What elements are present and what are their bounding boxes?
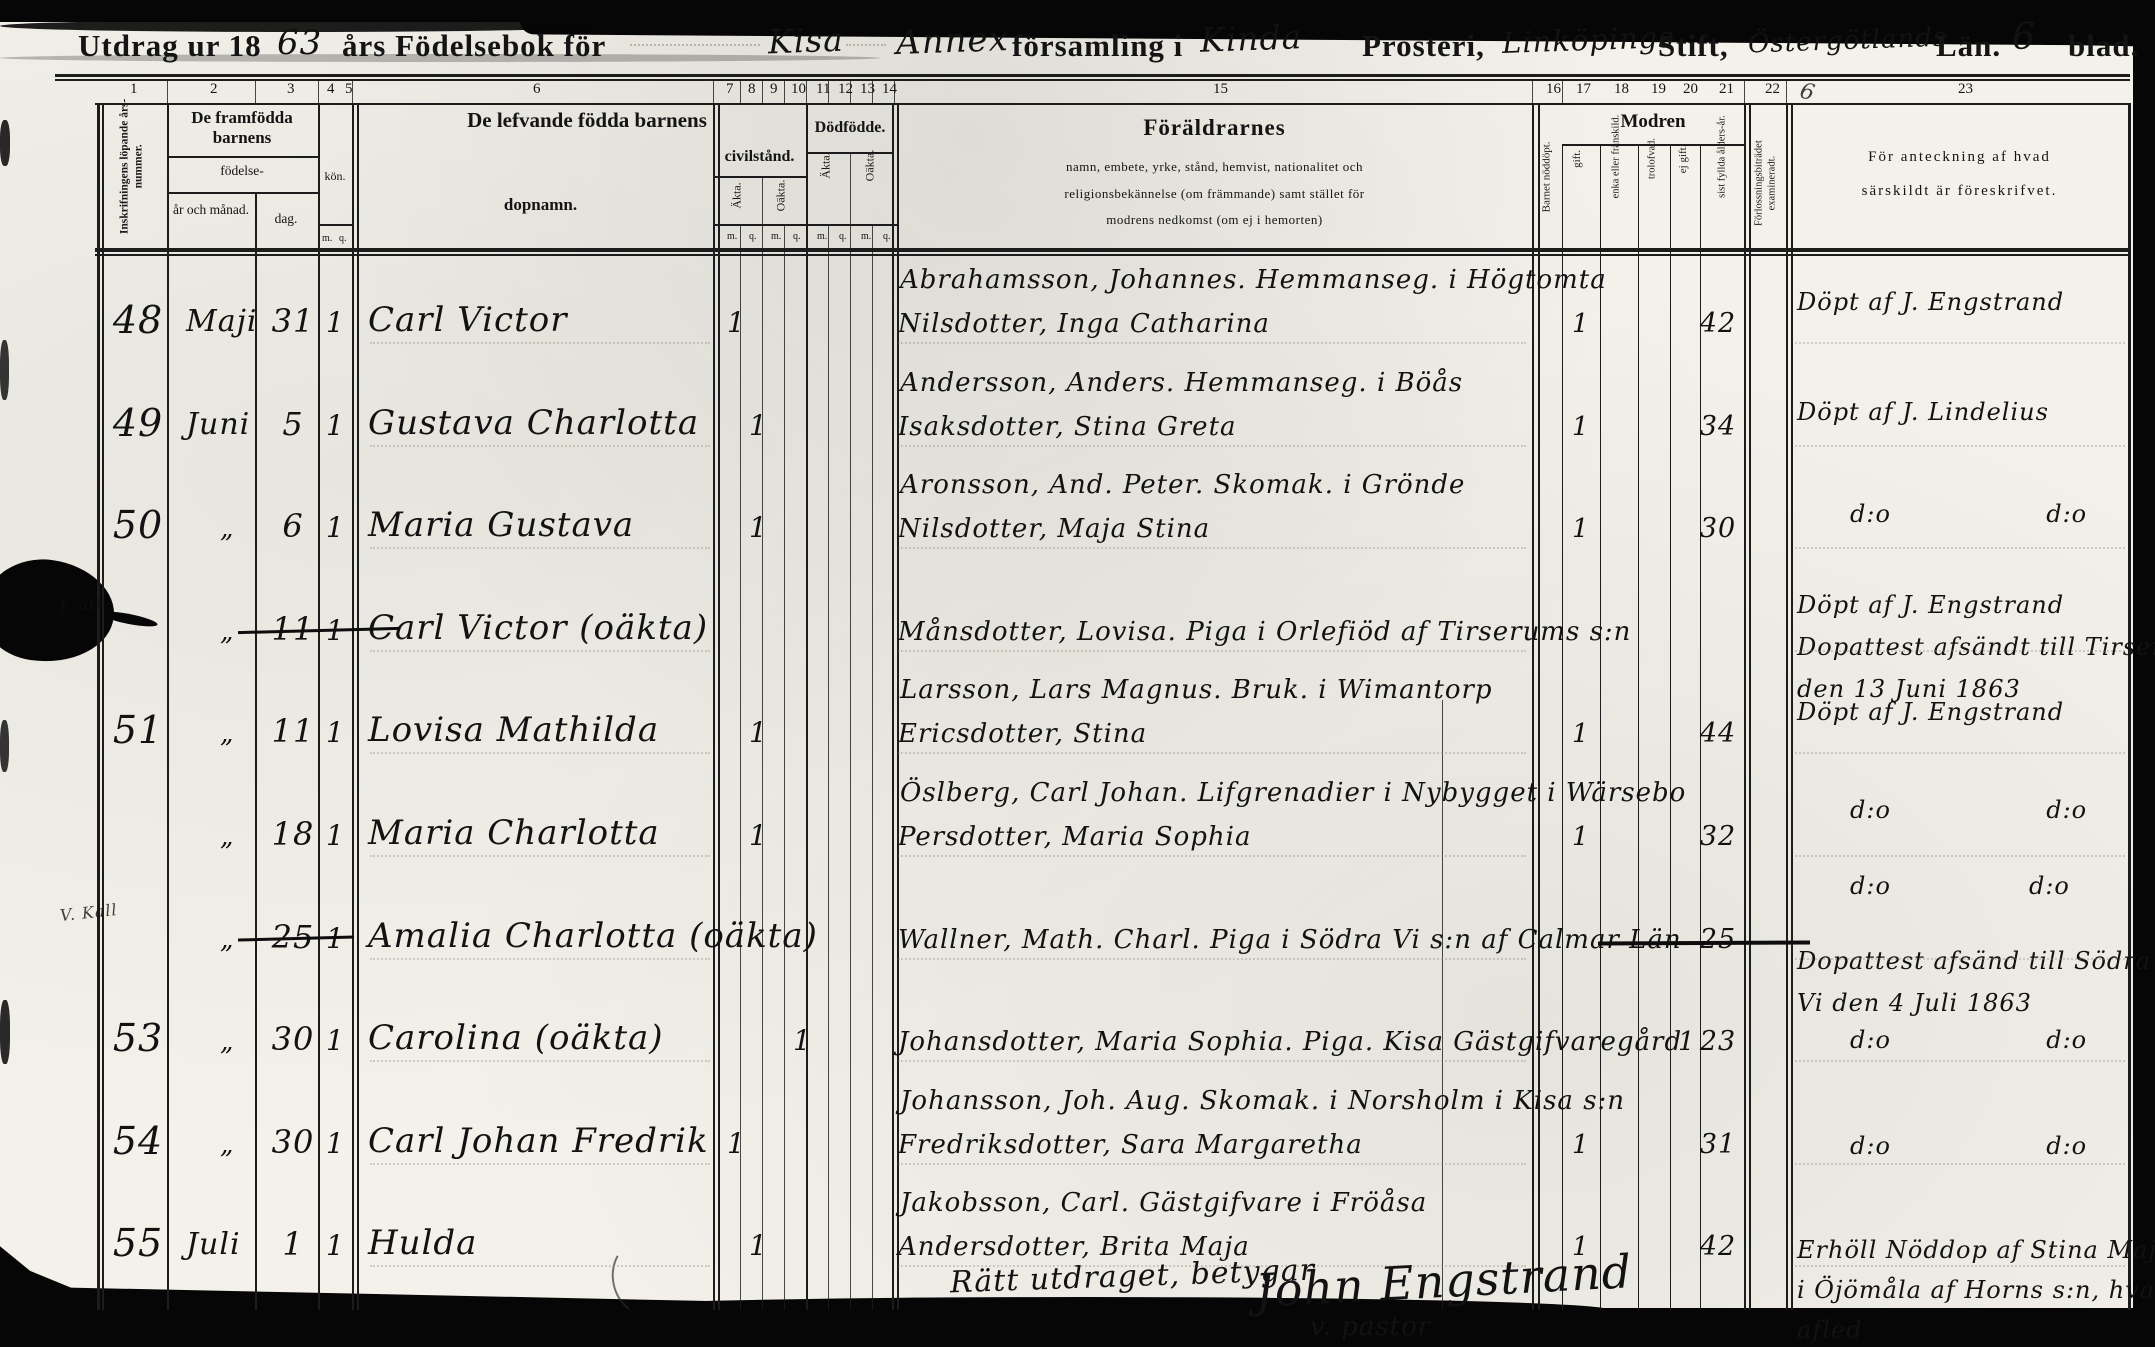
mother-name: Persdotter, Maria Sophia [898, 824, 1251, 850]
sex-mark: 1 [326, 822, 345, 850]
mother-age: 34 [1695, 413, 1741, 440]
dotted-leader-mother [898, 855, 1526, 857]
dotted-leader-note [1795, 650, 2125, 652]
vertical-rule-5 [352, 103, 354, 1310]
entry-number: 51 [108, 711, 168, 749]
note-line: Döpt af J. Lindelius [1797, 400, 2049, 424]
column-number-tick-7 [784, 80, 785, 103]
father-name: Abrahamsson, Johannes. Hemmanseg. i Högt… [900, 267, 1607, 293]
note-line: Erhöll Nöddop af Stina Maja Bengtsd:r [1797, 1238, 2155, 1262]
dotted-leader-mother [898, 1163, 1526, 1165]
mother-name: Nilsdotter, Inga Catharina [898, 311, 1270, 337]
mother-name: Fredriksdotter, Sara Margaretha [898, 1132, 1363, 1158]
horizontal-rule-2 [95, 103, 2130, 105]
column-number-tick-14 [1562, 80, 1563, 103]
vertical-rule-30 [2128, 103, 2131, 1310]
horizontal-rule-4 [167, 192, 318, 194]
child-name: Carl Johan Fredrik [368, 1124, 709, 1158]
vertical-rule-21 [1562, 144, 1563, 1310]
entry-number: 48 [108, 301, 168, 339]
dotted-leader-mother [898, 650, 1526, 652]
vertical-rule-15 [872, 224, 873, 1310]
dotted-leader-mother [898, 342, 1526, 344]
column-number: 3 [287, 82, 295, 97]
horizontal-rule-0 [55, 74, 2130, 77]
child-name: Maria Charlotta [368, 816, 660, 850]
header-dodfodde: Dödfödde. [806, 120, 894, 136]
note-line: i Öjömåla af Horns s:n, hvarefter barnet [1797, 1278, 2155, 1302]
vertical-rule-12 [806, 103, 808, 1310]
header-ar-manad: år och månad. [169, 201, 253, 219]
column-number: 1 [130, 82, 138, 97]
entry-number: 53 [108, 1019, 168, 1057]
mother-status-mark: 1 [1572, 1132, 1590, 1158]
vertical-rule-23 [1638, 144, 1639, 1310]
birth-day: 11 [258, 715, 328, 747]
birth-day: 31 [258, 305, 328, 337]
birth-month: Juni [186, 410, 250, 440]
birth-month: „ [220, 1132, 234, 1158]
dotted-leader-note [1795, 1265, 2125, 1267]
pastor-title: v. pastor [1310, 1314, 1431, 1340]
mother-age: 44 [1695, 720, 1741, 747]
header-mq-mark: q. [839, 232, 847, 242]
dotted-leader-mother [898, 752, 1526, 754]
column-number: 7 [726, 82, 734, 97]
dotted-leader-note [1795, 1163, 2125, 1165]
horizontal-rule-11 [95, 254, 2130, 256]
dotted-leader-note [1795, 752, 2125, 754]
father-name: Jakobsson, Carl. Gästgifvare i Fröåsa [900, 1190, 1427, 1216]
mother-age: 42 [1695, 310, 1741, 337]
vertical-rule-7 [713, 103, 715, 1310]
left-edge-mark3 [0, 720, 9, 772]
vertical-rule-1 [102, 103, 104, 1310]
mother-status-mark: 1 [1572, 721, 1590, 747]
horizontal-rule-1 [55, 79, 2130, 81]
strike-line-age [1598, 940, 1810, 945]
child-name: Amalia Charlotta (oäkta) [368, 919, 818, 953]
title-dotted-line1 [630, 44, 760, 46]
horizontal-rule-6 [713, 176, 806, 178]
father-name: Öslberg, Carl Johan. Lifgrenadier i Nyby… [900, 780, 1686, 806]
header-framfodda: De framfödda barnens [167, 108, 317, 149]
header-oakta-civil-vertical: Oäkta. [774, 166, 789, 226]
title-printed-6: Län. [1936, 30, 2001, 61]
birth-day: 5 [258, 408, 328, 440]
sex-mark: 1 [326, 1130, 345, 1158]
title-county-name: Östergötlands [1748, 25, 1948, 58]
header-civilstand: civilstånd. [713, 149, 806, 165]
birth-day: 30 [258, 1126, 328, 1158]
mother-age: 30 [1695, 515, 1741, 542]
legitimacy-mark: 1 [749, 822, 768, 850]
title-printed-3: församling i [1012, 30, 1183, 61]
horizontal-rule-9 [1562, 144, 1744, 146]
birth-month: „ [220, 619, 234, 645]
column-number-tick-11 [872, 80, 873, 103]
column-number: 2 [210, 82, 218, 97]
dotted-leader-note [1795, 958, 2125, 960]
column-number-tick-0 [167, 80, 168, 103]
header-mq-mark: q. [749, 232, 757, 242]
birth-day: 30 [258, 1023, 328, 1055]
note-line: d:o d:o [1850, 874, 2070, 898]
dotted-leader-name [370, 445, 710, 447]
header-forlossning-vertical: Förlossningsbiträdet examineradt. [1752, 116, 1778, 251]
dotted-leader-name [370, 1265, 710, 1267]
note-line: d:o d:o [1850, 1028, 2087, 1052]
mother-status-mark: 1 [1572, 824, 1590, 850]
header-mq-mark: m. [771, 232, 781, 242]
father-name: Andersson, Anders. Hemmanseg. i Böås [900, 370, 1463, 396]
header-pen-flourish: 6 [1798, 81, 1818, 106]
dotted-leader-note [1795, 855, 2125, 857]
header-akta-dodf-vertical: Äkta. [819, 136, 834, 196]
header-col1-vertical-label: Inskrifningens löpande års-nummer. [118, 91, 147, 241]
child-name: Maria Gustava [368, 508, 634, 542]
note-line: Vi den 4 Juli 1863 [1797, 991, 2032, 1015]
birth-day: 6 [258, 510, 328, 542]
mother-status-mark: 1 [1678, 1029, 1696, 1055]
entry-number: 49 [108, 404, 168, 442]
vertical-rule-28 [1786, 103, 1788, 1310]
title-printed-2: års Födelsebok för [342, 30, 606, 61]
child-name: Hulda [368, 1226, 477, 1260]
left-edge-mark2 [0, 340, 9, 400]
title-annex: Annex [895, 22, 1009, 60]
column-number-tick-8 [806, 80, 807, 103]
vertical-rule-0 [97, 103, 100, 1310]
vertical-rule-14 [850, 152, 851, 1310]
header-fodelse: födelse- [167, 164, 317, 178]
header-foraldrarnes: Föräldrarnes [897, 116, 1532, 139]
header-parents-line1: namn, embete, yrke, stånd, hemvist, nati… [897, 160, 1532, 173]
column-number: 23 [1958, 82, 1973, 97]
left-edge-mark4 [0, 1000, 10, 1064]
vertical-rule-24 [1670, 144, 1671, 1310]
vertical-rule-27 [1749, 103, 1751, 1310]
note-line: d:o d:o [1850, 502, 2087, 526]
header-kon-m: m. [322, 234, 332, 244]
sex-mark: 1 [326, 309, 345, 337]
vertical-rule-29 [1791, 103, 1793, 1310]
column-number-tick-4 [713, 80, 714, 103]
scanned-birth-record-page: Utdrag ur 18 63 års Födelsebok för Kisa … [0, 0, 2155, 1347]
sex-mark: 1 [326, 412, 345, 440]
legitimacy-mark: 1 [749, 1232, 768, 1260]
column-number-tick-10 [850, 80, 851, 103]
dotted-leader-mother [898, 958, 1526, 960]
legitimacy-mark: 1 [749, 514, 768, 542]
sex-mark: 1 [326, 514, 345, 542]
header-ejgift-vertical: ej gift. [1677, 114, 1691, 204]
note-line: d:o d:o [1850, 1134, 2087, 1158]
column-number-tick-1 [255, 80, 256, 103]
header-mq-mark: q. [883, 232, 891, 242]
legitimacy-mark: 1 [749, 412, 768, 440]
dotted-leader-note [1795, 1060, 2125, 1062]
left-edge-mark1 [0, 120, 10, 166]
header-parents-line2: religionsbekännelse (om främmande) samt … [897, 187, 1532, 200]
column-number-tick-5 [740, 80, 741, 103]
column-number: 6 [533, 82, 541, 97]
entry-number: 54 [108, 1122, 168, 1160]
birth-month: „ [220, 516, 234, 542]
note-line: Dopattest afsändt till Tirserum [1797, 635, 2155, 659]
column-number-tick-15 [1744, 80, 1745, 103]
title-district-name: Kinda [1199, 20, 1302, 57]
margin-note: V. Kall [59, 902, 118, 924]
title-printed-7: blad. [2068, 30, 2139, 61]
dotted-leader-name [370, 342, 710, 344]
horizontal-rule-5 [318, 224, 354, 226]
mother-name: Nilsdotter, Maja Stina [898, 516, 1210, 542]
header-mq-mark: m. [861, 232, 871, 242]
mother-status-mark: 1 [1572, 414, 1590, 440]
column-number: 8 [748, 82, 756, 97]
sex-mark: 1 [326, 1027, 345, 1055]
column-number: 20 [1683, 82, 1698, 97]
title-dotted-line2 [846, 44, 886, 46]
note-line: Dopattest afsänd till Södra [1797, 949, 2151, 973]
column-number-tick-12 [894, 80, 895, 103]
vertical-rule-17 [897, 103, 899, 1310]
dotted-leader-mother [898, 547, 1526, 549]
header-col23-line2: särskildt är föreskrifvet. [1791, 184, 2128, 199]
column-number-tick-3 [352, 80, 353, 103]
note-line: Döpt af J. Engstrand [1797, 593, 2064, 617]
title-diocese-name: Linköpings [1502, 23, 1675, 58]
header-trolofvad-vertical: trolofvad. [1645, 111, 1658, 207]
mother-age: 32 [1695, 823, 1741, 850]
mother-name: Johansdotter, Maria Sophia. Piga. Kisa G… [898, 1029, 1682, 1055]
header-akta-civil-vertical: Äkta. [730, 166, 745, 226]
title-parish-name: Kisa [767, 23, 844, 59]
column-number: 10 [791, 82, 806, 97]
vertical-rule-16 [892, 103, 894, 1310]
vertical-rule-6 [357, 103, 359, 1310]
title-printed-4: Prosteri, [1362, 30, 1485, 61]
dotted-leader-name [370, 855, 710, 857]
column-number-tick-13 [1532, 80, 1533, 103]
mother-name: Ericsdotter, Stina [898, 721, 1147, 747]
column-number: 16 [1546, 82, 1561, 97]
birth-month: „ [220, 721, 234, 747]
dotted-leader-mother [898, 1060, 1526, 1062]
birth-day: 1 [258, 1228, 328, 1260]
column-number: 19 [1651, 82, 1666, 97]
column-number-tick-16 [1786, 80, 1787, 103]
header-gift-vertical: gift. [1571, 114, 1585, 204]
dotted-leader-name [370, 547, 710, 549]
note-line: afled [1797, 1318, 1862, 1342]
column-number-tick-9 [828, 80, 829, 103]
column-number-tick-6 [762, 80, 763, 103]
child-name: Carolina (oäkta) [368, 1021, 664, 1055]
header-mq-mark: m. [817, 232, 827, 242]
mother-name: Isaksdotter, Stina Greta [898, 414, 1237, 440]
child-name: Carl Victor (oäkta) [368, 611, 708, 645]
child-name: Lovisa Mathilda [368, 713, 659, 747]
vertical-rule-8 [718, 103, 720, 1310]
birth-month: Maji [186, 307, 258, 337]
header-parents-line3: modrens nedkomst (om ej i hemorten) [897, 213, 1532, 226]
header-enka-vertical: enka eller frånskild. [1609, 109, 1622, 205]
scan-edge-right [2133, 0, 2155, 1347]
column-number: 15 [1213, 82, 1228, 97]
father-name: Aronsson, And. Peter. Skomak. i Grönde [900, 472, 1465, 498]
legitimacy-mark: 1 [727, 309, 746, 337]
mother-age: 31 [1695, 1131, 1741, 1158]
mother-name: Wallner, Math. Charl. Piga i Södra Vi s:… [898, 927, 1682, 953]
dotted-leader-note [1795, 547, 2125, 549]
horizontal-rule-3 [167, 156, 318, 158]
entry-number: 55 [108, 1224, 168, 1262]
dotted-leader-mother [898, 445, 1526, 447]
dotted-leader-name [370, 650, 710, 652]
vertical-rule-22 [1600, 144, 1601, 1310]
header-mq-mark: q. [793, 232, 801, 242]
dotted-leader-name [370, 1163, 710, 1165]
legitimacy-mark: 1 [793, 1027, 812, 1055]
column-number: 9 [770, 82, 778, 97]
birth-month: „ [220, 824, 234, 850]
mother-status-mark: 1 [1572, 516, 1590, 542]
entry-number: 50 [108, 506, 168, 544]
birth-month: Juli [186, 1230, 241, 1260]
title-printed-1: Utdrag ur 18 [78, 30, 262, 61]
sex-mark: 1 [326, 1232, 345, 1260]
child-name: Gustava Charlotta [368, 406, 699, 440]
note-line: Döpt af J. Engstrand [1797, 700, 2064, 724]
father-name: Larsson, Lars Magnus. Bruk. i Wimantorp [900, 677, 1493, 703]
dotted-leader-note [1795, 445, 2125, 447]
mother-age: 42 [1695, 1233, 1741, 1260]
column-number-tick-2 [318, 80, 319, 103]
vertical-rule-3 [255, 192, 257, 1310]
margin-note: f. att [59, 595, 104, 616]
header-barnet-vertical: Barnet nöddöpt. [1541, 109, 1555, 244]
header-mq-mark: m. [727, 232, 737, 242]
header-dag: dag. [255, 212, 317, 226]
title-year-handwritten: 63 [277, 26, 322, 60]
header-col23-line1: För anteckning af hvad [1791, 150, 2128, 165]
legitimacy-mark: 1 [749, 719, 768, 747]
header-lefvande: De lefvande födda barnens [368, 110, 806, 131]
column-number: 21 [1719, 82, 1734, 97]
sex-mark: 1 [326, 719, 345, 747]
father-name: Johansson, Joh. Aug. Skomak. i Norsholm … [900, 1088, 1625, 1114]
note-line: d:o d:o [1850, 798, 2087, 822]
dotted-leader-name [370, 752, 710, 754]
mother-age: 23 [1695, 1028, 1741, 1055]
legitimacy-mark: 1 [727, 1130, 746, 1158]
header-dopnamn: dopnamn. [368, 196, 713, 213]
column-number: 17 [1576, 82, 1591, 97]
column-number: 4 [327, 82, 335, 97]
birth-day: 18 [258, 818, 328, 850]
child-name: Carl Victor [368, 303, 567, 337]
vertical-rule-26 [1744, 103, 1746, 1310]
dotted-leader-note [1795, 342, 2125, 344]
header-kon-q: q. [339, 234, 347, 244]
mother-name: Månsdotter, Lovisa. Piga i Orlefiöd af T… [898, 619, 1631, 645]
title-printed-5: Stift, [1658, 30, 1729, 61]
dotted-leader-name [370, 958, 710, 960]
dotted-leader-name [370, 1060, 710, 1062]
vertical-rule-11 [784, 224, 785, 1310]
horizontal-rule-10 [95, 248, 2130, 252]
column-number: 22 [1765, 82, 1780, 97]
title-sheet-number: 6 [2012, 20, 2036, 56]
header-oakta-dodf-vertical: Oäkta. [863, 136, 878, 196]
note-line: Döpt af J. Engstrand [1797, 290, 2064, 314]
vertical-rule-13 [828, 224, 829, 1310]
birth-month: „ [220, 927, 234, 953]
header-kon: kön. [316, 170, 354, 182]
mother-status-mark: 1 [1572, 311, 1590, 337]
birth-month: „ [220, 1029, 234, 1055]
header-aldersar-vertical: sist fyllda ålders-år. [1715, 109, 1728, 205]
column-number: 18 [1614, 82, 1629, 97]
mother-age: 25 [1695, 926, 1741, 953]
